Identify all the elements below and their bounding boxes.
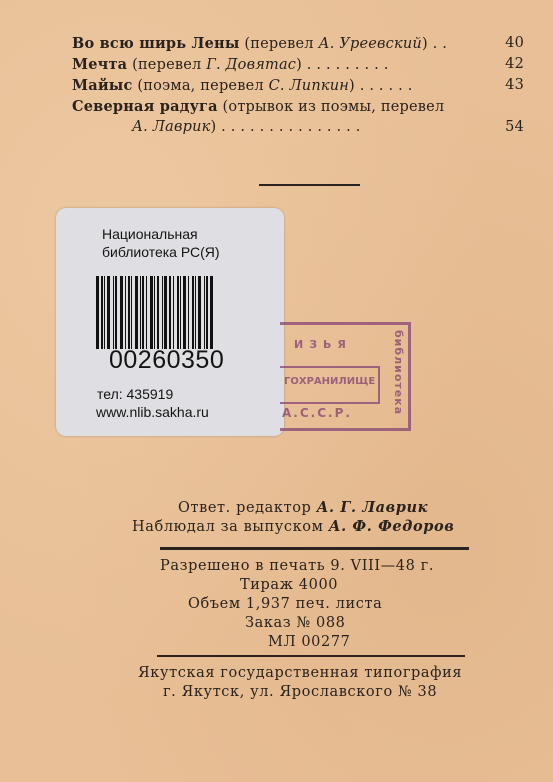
- separator-rule: [160, 547, 469, 550]
- toc-translator: А. Лаврик: [132, 119, 210, 135]
- editor-name: А. Г. Лаврик: [317, 499, 428, 516]
- table-of-contents: Во всю ширь Лены (перевел А. Уреевский) …: [72, 33, 532, 138]
- supervisor-name: А. Ф. Федоров: [329, 518, 455, 535]
- toc-page-number: 54: [505, 117, 524, 138]
- toc-page-number: 42: [505, 54, 524, 75]
- barcode-icon: [96, 276, 244, 349]
- library-name: Национальная библиотека РС(Я): [102, 225, 220, 261]
- toc-entry: Мечта (перевел Г. Довятас) . . . . . . .…: [72, 54, 532, 75]
- library-stamp: ИЗЬЯ ГОХРАНИЛИЩЕ А.С.С.Р. библиотека: [280, 322, 411, 431]
- toc-entry-title: Северная радуга: [72, 98, 218, 115]
- library-website: www.nlib.sakha.ru: [96, 404, 209, 420]
- license-number: МЛ 00277: [268, 633, 553, 652]
- order-number: Заказ № 088: [245, 614, 553, 633]
- printer-info: Якутская государственная типография г. Я…: [138, 664, 462, 702]
- toc-entry-title: Во всю ширь Лены: [72, 35, 240, 52]
- library-barcode-sticker: Национальная библиотека РС(Я) 00260350 т…: [56, 208, 284, 436]
- print-run: Тираж 4000: [240, 576, 553, 595]
- toc-entry-continuation: А. Лаврик) . . . . . . . . . . . . . . .…: [72, 117, 532, 138]
- toc-entry-title: Майыс: [72, 77, 133, 94]
- toc-entry: Майыс (поэма, перевел С. Липкин) . . . .…: [72, 75, 532, 96]
- supervisor-line: Наблюдал за выпуском А. Ф. Федоров: [132, 517, 454, 537]
- toc-entry-title: Мечта: [72, 56, 127, 73]
- toc-translator: А. Уреевский: [319, 36, 422, 52]
- separator-rule: [157, 655, 465, 657]
- toc-translator: С. Липкин: [269, 78, 349, 94]
- toc-entry: Во всю ширь Лены (перевел А. Уреевский) …: [72, 33, 532, 54]
- separator-rule: [259, 184, 360, 186]
- barcode-number: 00260350: [109, 346, 224, 375]
- publication-info: Разрешено в печать 9. VIII—48 г. Тираж 4…: [160, 557, 480, 652]
- toc-page-number: 43: [505, 75, 524, 96]
- toc-page-number: 40: [505, 33, 524, 54]
- volume: Объем 1,937 печ. листа: [188, 595, 508, 614]
- toc-entry: Северная радуга (отрывок из поэмы, перев…: [72, 96, 532, 117]
- toc-translator: Г. Довятас: [206, 57, 296, 73]
- approved-for-print: Разрешено в печать 9. VIII—48 г.: [160, 557, 480, 576]
- library-phone: тел: 435919: [97, 386, 173, 402]
- editor-line: Ответ. редактор А. Г. Лаврик: [178, 498, 428, 518]
